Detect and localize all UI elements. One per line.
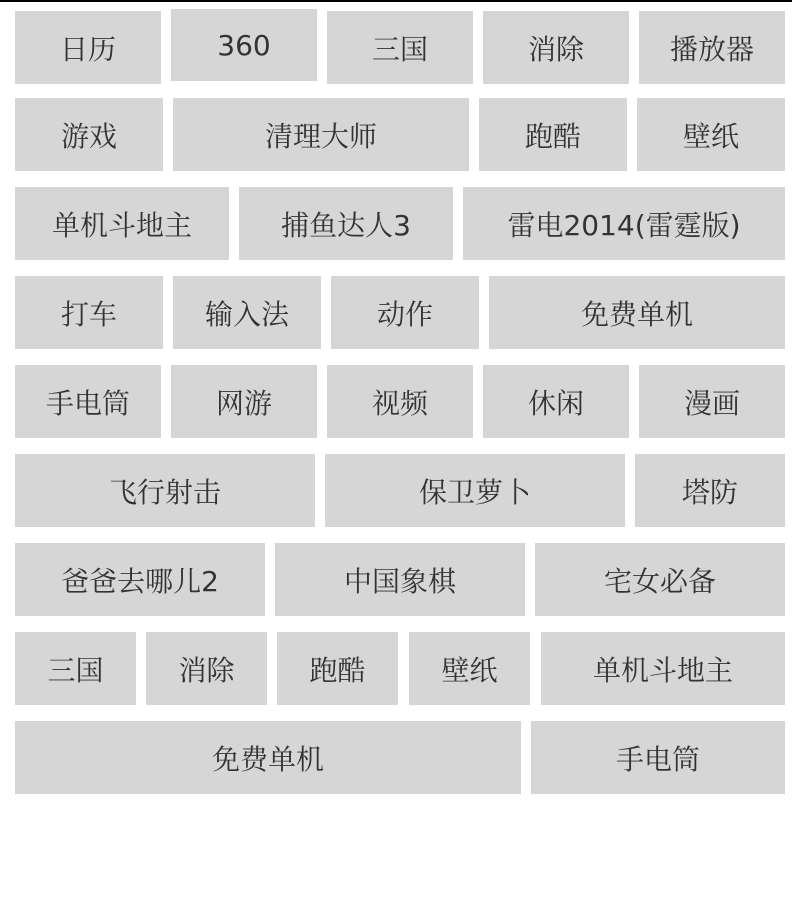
tag-button[interactable]: 单机斗地主 [541,632,785,705]
tag-button[interactable]: 网游 [171,365,317,438]
tag-button[interactable]: 播放器 [639,11,785,84]
tag-button[interactable]: 三国 [327,11,473,84]
tag-button[interactable]: 爸爸去哪儿2 [15,543,265,616]
tag-button[interactable]: 跑酷 [479,98,627,171]
tag-button[interactable]: 消除 [483,11,629,84]
tag-button[interactable]: 免费单机 [15,721,521,794]
tag-button[interactable]: 清理大师 [173,98,469,171]
tag-button[interactable]: 壁纸 [409,632,530,705]
tag-button[interactable]: 中国象棋 [275,543,525,616]
tag-button[interactable]: 壁纸 [637,98,785,171]
tag-button[interactable]: 保卫萝卜 [325,454,625,527]
tag-button[interactable]: 消除 [146,632,267,705]
top-border [0,0,792,2]
tag-button[interactable]: 输入法 [173,276,321,349]
tag-button[interactable]: 游戏 [15,98,163,171]
tag-button[interactable]: 动作 [331,276,479,349]
tag-button[interactable]: 打车 [15,276,163,349]
tag-button[interactable]: 免费单机 [489,276,785,349]
tag-button[interactable]: 单机斗地主 [15,187,229,260]
tag-button[interactable]: 雷电2014(雷霆版) [463,187,785,260]
tag-button[interactable]: 三国 [15,632,136,705]
tag-button[interactable]: 360 [171,9,317,81]
tag-button[interactable]: 日历 [15,11,161,84]
tag-button[interactable]: 捕鱼达人3 [239,187,453,260]
tag-button[interactable]: 休闲 [483,365,629,438]
tag-button[interactable]: 飞行射击 [15,454,315,527]
tag-button[interactable]: 视频 [327,365,473,438]
tag-button[interactable]: 漫画 [639,365,785,438]
tag-button[interactable]: 跑酷 [277,632,398,705]
tag-button[interactable]: 宅女必备 [535,543,785,616]
tag-button[interactable]: 手电筒 [531,721,785,794]
tag-button[interactable]: 塔防 [635,454,785,527]
tag-button[interactable]: 手电筒 [15,365,161,438]
